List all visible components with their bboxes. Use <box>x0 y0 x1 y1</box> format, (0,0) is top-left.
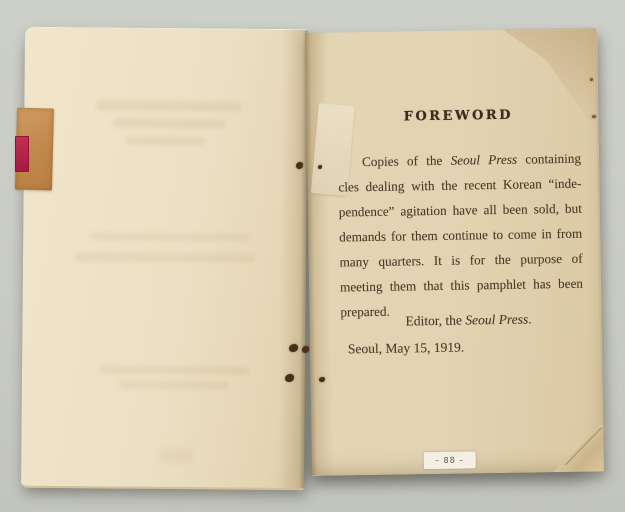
text-segment: many quarters. It is for the purpose of <box>339 251 582 270</box>
text-segment: demands for them continue to come in fro… <box>339 226 582 245</box>
dateline: Seoul, May 15, 1919. <box>348 340 464 358</box>
right-page: FOREWORD Copies of the Seoul Press conta… <box>305 28 604 476</box>
paragraph-line: Copies of the Seoul Press containing art… <box>338 146 581 175</box>
page-number-sticker: – 88 – <box>424 451 476 469</box>
text-segment: prepared. <box>340 304 390 320</box>
dogear-corner <box>551 421 604 472</box>
foreword-paragraph: Copies of the Seoul Press containing art… <box>338 146 584 325</box>
ghost-text-block <box>75 252 255 263</box>
red-tab-marker <box>15 136 29 172</box>
left-page <box>21 27 308 490</box>
italic-text: Seoul Press <box>451 152 518 168</box>
text-segment: meeting them that this pamphlet has been <box>340 276 583 295</box>
foreword-heading: FOREWORD <box>336 107 580 126</box>
ghost-text-block <box>99 365 249 374</box>
ghost-text-block <box>113 119 226 129</box>
text-segment: Copies of the <box>362 153 451 169</box>
ghost-text-block <box>119 381 229 390</box>
text-segment: cles dealing with the recent Korean “ind… <box>338 176 581 195</box>
paragraph-line: many quarters. It is for the purpose of <box>339 246 582 275</box>
page-number-smudge <box>159 449 193 463</box>
text-segment: pendence” agitation have all been sold, … <box>339 201 582 220</box>
ghost-text-block <box>90 232 250 241</box>
text-segment: Editor, the <box>405 313 465 329</box>
photo-background: FOREWORD Copies of the Seoul Press conta… <box>0 0 625 512</box>
ghost-text-block <box>96 100 241 111</box>
ghost-text-block <box>126 137 206 146</box>
paragraph-line: cles dealing with the recent Korean “ind… <box>338 171 581 200</box>
text-segment: . <box>528 311 532 326</box>
editor-signature: Editor, the Seoul Press. <box>405 311 531 329</box>
paragraph-line: demands for them continue to come in fro… <box>339 221 582 250</box>
page-number-label: – 88 – <box>435 456 464 465</box>
paragraph-line: meeting them that this pamphlet has been <box>340 271 583 300</box>
paragraph-line: pendence” agitation have all been sold, … <box>339 196 582 225</box>
italic-text: Seoul Press <box>465 312 528 328</box>
